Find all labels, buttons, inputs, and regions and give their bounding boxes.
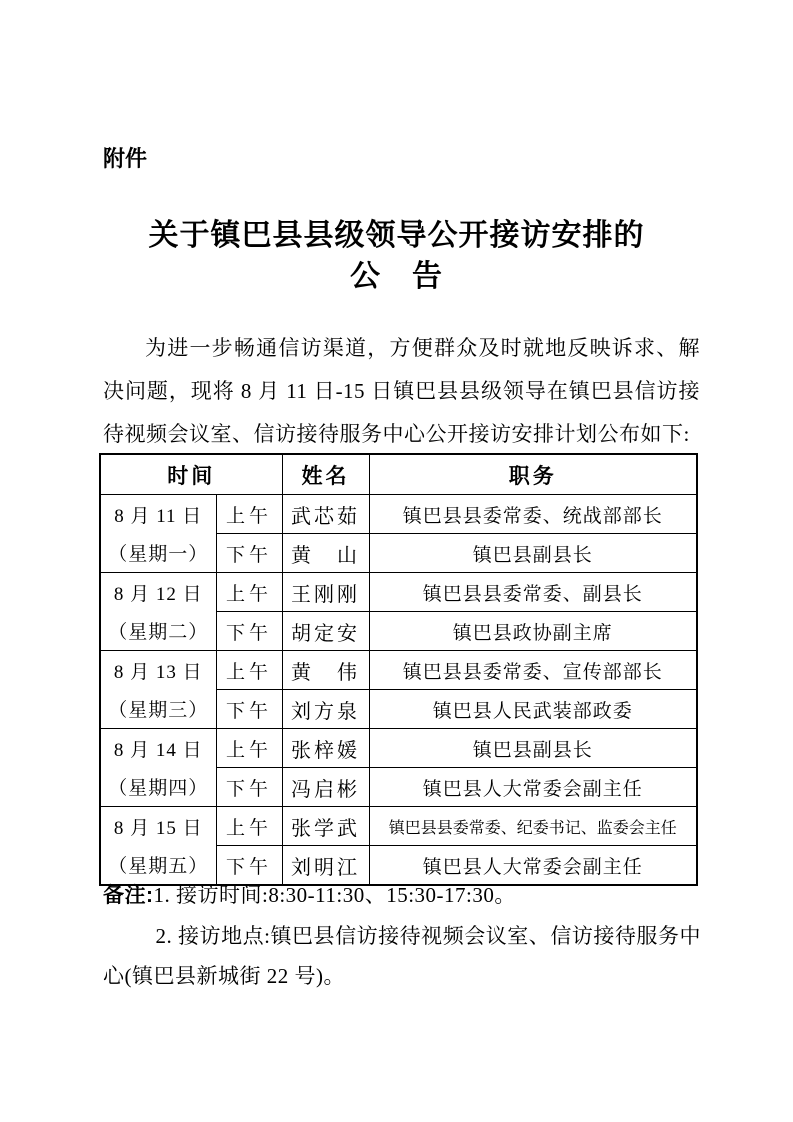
date-cell: 8 月 13 日 （星期三） — [100, 651, 216, 729]
period-cell: 下午 — [216, 534, 282, 573]
period-cell: 上午 — [216, 651, 282, 690]
attachment-label: 附件 — [103, 142, 147, 173]
intro-paragraph: 为进一步畅通信访渠道，方便群众及时就地反映诉求、解决问题，现将 8 月 11 日… — [103, 327, 700, 456]
period-cell: 下午 — [216, 768, 282, 807]
page-title: 关于镇巴县县级领导公开接访安排的 公 告 — [0, 215, 793, 297]
position-cell: 镇巴县政协副主席 — [369, 612, 697, 651]
weekday-text: （星期四） — [101, 773, 216, 800]
header-name: 姓名 — [282, 454, 369, 495]
name-cell: 武芯茹 — [282, 495, 369, 534]
position-cell: 镇巴县人民武装部政委 — [369, 690, 697, 729]
date-cell: 8 月 15 日 （星期五） — [100, 807, 216, 886]
weekday-text: （星期三） — [101, 695, 216, 722]
weekday-text: （星期五） — [101, 851, 216, 878]
period-cell: 下午 — [216, 690, 282, 729]
position-cell: 镇巴县人大常委会副主任 — [369, 768, 697, 807]
date-cell: 8 月 12 日 （星期二） — [100, 573, 216, 651]
name-cell: 王刚刚 — [282, 573, 369, 612]
position-cell: 镇巴县县委常委、统战部部长 — [369, 495, 697, 534]
header-time: 时间 — [100, 454, 282, 495]
name-cell: 刘方泉 — [282, 690, 369, 729]
date-text: 8 月 13 日 — [101, 657, 216, 684]
title-line-2: 公 告 — [0, 256, 793, 297]
date-text: 8 月 14 日 — [101, 735, 216, 762]
table-row: 8 月 11 日 （星期一） 上午 武芯茹 镇巴县县委常委、统战部部长 — [100, 495, 697, 534]
table-row: 8 月 12 日 （星期二） 上午 王刚刚 镇巴县县委常委、副县长 — [100, 573, 697, 612]
notes-section: 备注:1. 接访时间:8:30-11:30、15:30-17:30。 2. 接访… — [103, 875, 701, 996]
position-cell: 镇巴县县委常委、副县长 — [369, 573, 697, 612]
period-cell: 上午 — [216, 495, 282, 534]
table-row: 8 月 15 日 （星期五） 上午 张学武 镇巴县县委常委、纪委书记、监委会主任 — [100, 807, 697, 846]
name-cell: 黄 伟 — [282, 651, 369, 690]
table-row: 8 月 13 日 （星期三） 上午 黄 伟 镇巴县县委常委、宣传部部长 — [100, 651, 697, 690]
table-row: 8 月 14 日 （星期四） 上午 张梓媛 镇巴县副县长 — [100, 729, 697, 768]
weekday-text: （星期一） — [101, 539, 216, 566]
date-text: 8 月 15 日 — [101, 813, 216, 840]
note-1: 备注:1. 接访时间:8:30-11:30、15:30-17:30。 — [103, 875, 701, 916]
note-label: 备注: — [103, 884, 154, 907]
position-cell: 镇巴县副县长 — [369, 729, 697, 768]
position-cell: 镇巴县县委常委、纪委书记、监委会主任 — [369, 807, 697, 846]
position-cell: 镇巴县县委常委、宣传部部长 — [369, 651, 697, 690]
period-cell: 上午 — [216, 729, 282, 768]
period-cell: 上午 — [216, 573, 282, 612]
note-2: 2. 接访地点:镇巴县信访接待视频会议室、信访接待服务中心(镇巴县新城街 22 … — [103, 916, 701, 996]
date-text: 8 月 11 日 — [101, 501, 216, 528]
name-cell: 胡定安 — [282, 612, 369, 651]
weekday-text: （星期二） — [101, 617, 216, 644]
document-page: 附件 关于镇巴县县级领导公开接访安排的 公 告 为进一步畅通信访渠道，方便群众及… — [0, 0, 793, 1122]
date-cell: 8 月 14 日 （星期四） — [100, 729, 216, 807]
name-cell: 张梓媛 — [282, 729, 369, 768]
schedule-table: 时间 姓名 职务 8 月 11 日 （星期一） 上午 武芯茹 镇巴县县委常委、统… — [99, 453, 698, 886]
period-cell: 下午 — [216, 612, 282, 651]
position-cell: 镇巴县副县长 — [369, 534, 697, 573]
header-position: 职务 — [369, 454, 697, 495]
note-1-text: 1. 接访时间:8:30-11:30、15:30-17:30。 — [154, 883, 516, 907]
title-line-1: 关于镇巴县县级领导公开接访安排的 — [0, 215, 793, 256]
name-cell: 冯启彬 — [282, 768, 369, 807]
table-header-row: 时间 姓名 职务 — [100, 454, 697, 495]
period-cell: 上午 — [216, 807, 282, 846]
date-cell: 8 月 11 日 （星期一） — [100, 495, 216, 573]
name-cell: 张学武 — [282, 807, 369, 846]
date-text: 8 月 12 日 — [101, 579, 216, 606]
name-cell: 黄 山 — [282, 534, 369, 573]
